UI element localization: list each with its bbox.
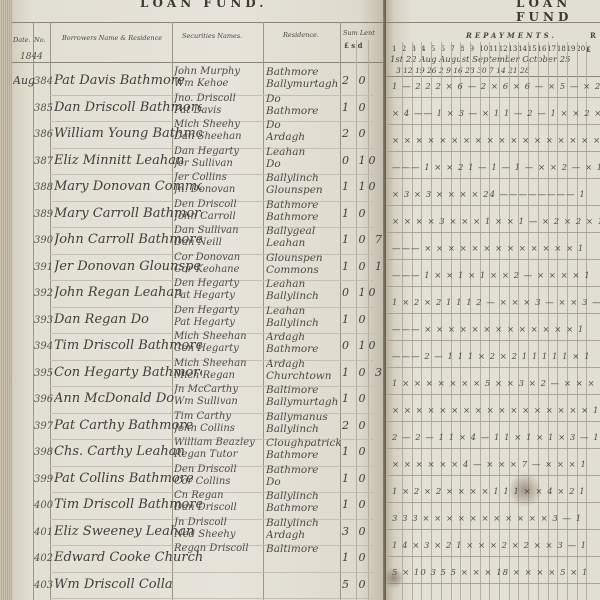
repayment-row-rule <box>386 529 600 530</box>
security-name: Mich Sheehan <box>174 358 264 370</box>
header-rule-bottom-right <box>386 76 600 77</box>
header-borrower: Borrowers Name & Residence <box>62 34 162 42</box>
sum-lent: 1 0 <box>342 445 369 458</box>
page-edge <box>0 0 12 600</box>
security-name: Mich Sheehy <box>174 119 264 131</box>
week-number: 11 <box>489 45 498 53</box>
loan-number: 388 <box>34 182 53 193</box>
security-name: Pat Hegarty <box>174 317 264 329</box>
repayment-row-rule <box>386 259 600 260</box>
security-name: John Collins <box>174 423 264 435</box>
security-name: Cor Collins <box>174 476 264 488</box>
security-name: Mich Sheehan <box>174 331 264 343</box>
security-residence: Do <box>266 93 342 105</box>
loan-number: 386 <box>34 129 53 140</box>
repayment-row-rule <box>386 151 600 152</box>
security-residence: Ballymurtagh <box>266 78 342 90</box>
page-title-right: LOAN FUND <box>516 0 600 24</box>
header-rule-top <box>12 22 384 23</box>
sum-lent: 1 0 3 <box>342 366 385 379</box>
loan-number: 398 <box>34 447 53 458</box>
security-residence: Leahan <box>266 278 342 290</box>
sum-lent: 3 0 <box>342 525 369 538</box>
security-name: Con Hegarty <box>174 343 264 355</box>
loan-number: 399 <box>34 474 53 485</box>
week-number: 20 <box>576 45 585 53</box>
sum-lent: 1 0 <box>342 313 369 326</box>
security-name: Dan Neill <box>174 237 264 249</box>
repayment-row-rule <box>386 286 600 287</box>
security-name: Dan Sheehan <box>174 131 264 143</box>
security-residence: Leahan <box>266 237 342 249</box>
security-name: John Murphy <box>174 66 264 78</box>
security-name: Cor Donovan <box>174 252 264 264</box>
security-name: Jer Collins <box>174 172 264 184</box>
sum-lent: 2 0 <box>342 419 369 432</box>
week-number: 12 <box>499 45 508 53</box>
borrower-name: Wm Driscoll Colla <box>54 577 202 592</box>
security-residence: Bathmore <box>266 449 342 461</box>
security-name: Regan Tutor <box>174 449 264 461</box>
week-number: 17 <box>547 45 556 53</box>
security-residence: Ballylinch <box>266 490 342 502</box>
sum-lent: 1 0 7 <box>342 233 385 246</box>
repayment-row-rule <box>386 232 600 233</box>
security-residence: Churchtown <box>266 370 342 382</box>
security-residence: Ballylinch <box>266 517 342 529</box>
security-residence: Ardagh <box>266 131 342 143</box>
security-name: Dan Driscoll <box>174 502 264 514</box>
security-residence: Bathmore <box>266 199 342 211</box>
week-number: 10 <box>479 45 488 53</box>
sum-lent: 1 0 <box>342 101 369 114</box>
security-name: Mich Regan <box>174 370 264 382</box>
security-name: Jn. Donovan <box>174 184 264 196</box>
security-name: Den Driscoll <box>174 199 264 211</box>
ledger-book: LOAN FUND. Date. No. Borrowers Name & Re… <box>0 0 600 600</box>
security-residence: Ballymanus <box>266 411 342 423</box>
row-rule <box>50 572 384 573</box>
security-name: Pat Davis <box>174 105 264 117</box>
repayment-row-rule <box>386 178 600 179</box>
security-residence: Glounspen <box>266 184 342 196</box>
loan-number: 387 <box>34 156 53 167</box>
repayment-row-rule <box>386 448 600 449</box>
security-name: Den Driscoll <box>174 464 264 476</box>
repayment-row-rule <box>386 340 600 341</box>
security-residence: Baltimore <box>266 384 342 396</box>
security-residence: Ardagh <box>266 331 342 343</box>
header-sum-lent: Sum Lent <box>343 29 375 37</box>
ink-stain <box>386 565 402 591</box>
security-residence: Ballylinch <box>266 290 342 302</box>
left-page: LOAN FUND. Date. No. Borrowers Name & Re… <box>0 0 386 600</box>
security-name: Jer Sullivan <box>174 158 264 170</box>
security-name: Regan Driscoll <box>174 543 264 555</box>
sum-lent: 2 0 <box>342 74 369 87</box>
security-name: Tim Carthy <box>174 411 264 423</box>
security-residence: Ballylinch <box>266 423 342 435</box>
security-residence: Leahan <box>266 305 342 317</box>
security-residence: Ballylinch <box>266 317 342 329</box>
security-name: Cor Keohane <box>174 264 264 276</box>
week-number: 19 <box>567 45 576 53</box>
security-residence: Do <box>266 158 342 170</box>
repayment-row-rule <box>386 97 600 98</box>
loan-number: 393 <box>34 315 53 326</box>
repayment-row-rule <box>386 583 600 584</box>
security-residence: Glounspen <box>266 252 342 264</box>
sum-lent: 1 0 1 <box>342 260 385 273</box>
sum-lent: 5 0 <box>342 578 369 591</box>
sum-lent: 1 0 <box>342 392 369 405</box>
security-residence: Bathmore <box>266 502 342 514</box>
security-residence: Ballylinch <box>266 172 342 184</box>
loan-number: 384 <box>34 76 53 87</box>
sum-lent: 1 10 <box>342 180 379 193</box>
security-residence: Bathmore <box>266 105 342 117</box>
week-number: 18 <box>557 45 566 53</box>
loan-number: 392 <box>34 288 53 299</box>
security-residence: Ballymurtagh <box>266 396 342 408</box>
security-residence: Bathmore <box>266 464 342 476</box>
repayment-row-rule <box>386 421 600 422</box>
header-rule-top-right <box>386 22 600 23</box>
repayment-row-rule <box>386 367 600 368</box>
repayment-row-rule <box>386 475 600 476</box>
security-name: Jno. Driscoll <box>174 93 264 105</box>
sum-lent: 1 0 <box>342 498 369 511</box>
year: 1844 <box>20 52 43 62</box>
loan-number: 394 <box>34 341 53 352</box>
sum-lent: 0 10 2 <box>342 154 386 167</box>
security-residence: Do <box>266 476 342 488</box>
sum-lent: 0 10 3 <box>342 286 386 299</box>
ink-stain <box>510 470 540 510</box>
security-residence: Bathmore <box>266 211 342 223</box>
week-number: 13 <box>508 45 517 53</box>
repayment-row-rule <box>386 313 600 314</box>
security-name: Jn McCarthy <box>174 384 264 396</box>
security-residence: Commons <box>266 264 342 276</box>
repayments-heading: REPAYMENTS. <box>466 31 557 40</box>
sum-lent: 1 0 <box>342 207 369 220</box>
repayment-row-rule <box>386 394 600 395</box>
header-securities: Securities Names. <box>182 32 242 40</box>
security-name: John Carroll <box>174 211 264 223</box>
header-date: Date. <box>13 36 31 44</box>
security-name: Wm Kehoe <box>174 78 264 90</box>
loan-number: 397 <box>34 421 53 432</box>
loan-number: 395 <box>34 368 53 379</box>
security-name: Den Hegarty <box>174 305 264 317</box>
security-name: Jn Driscoll <box>174 517 264 529</box>
loan-number: 389 <box>34 209 53 220</box>
right-page: LOAN FUND REPAYMENTS. R 1234567891011121… <box>386 0 600 600</box>
repayment-row-rule <box>386 502 600 503</box>
loan-number: 401 <box>34 527 53 538</box>
security-name: Ned Sheehy <box>174 529 264 541</box>
security-name: Pat Hegarty <box>174 290 264 302</box>
security-residence: Bathmore <box>266 66 342 78</box>
security-residence: Do <box>266 119 342 131</box>
week-number: 15 <box>528 45 537 53</box>
loan-number: 396 <box>34 394 53 405</box>
security-residence: Cloughpatrick <box>266 437 342 449</box>
security-name: Wm Sullivan <box>174 396 264 408</box>
header-residence: Residence. <box>283 31 319 39</box>
security-residence: Leahan <box>266 146 342 158</box>
table-row: 402Edward Cooke ChurchtownRegan Driscoll… <box>12 547 384 573</box>
sum-lent: 1 0 <box>342 551 369 564</box>
repayment-row-rule <box>386 205 600 206</box>
security-name: William Beazley <box>174 437 264 449</box>
security-residence: Ardagh <box>266 358 342 370</box>
security-residence: Bathmore <box>266 343 342 355</box>
security-residence: Baltimore <box>266 543 342 555</box>
loan-number: 391 <box>34 262 53 273</box>
loan-number: 402 <box>34 553 53 564</box>
sum-lent: 2 0 <box>342 127 369 140</box>
sum-lent: 0 10 3 <box>342 339 386 352</box>
table-row: 403Wm Driscoll Colla5 0 <box>12 574 384 600</box>
security-name: Cn Regan <box>174 490 264 502</box>
header-rule-bottom <box>12 62 384 63</box>
sum-lent: 1 0 <box>342 472 369 485</box>
security-residence: Ardagh <box>266 529 342 541</box>
week-number: 16 <box>538 45 547 53</box>
row-rule <box>50 598 384 599</box>
security-name: Dan Hegarty <box>174 146 264 158</box>
page-title: LOAN FUND. <box>140 0 267 10</box>
security-residence: Ballygeal <box>266 225 342 237</box>
week-number: 14 <box>518 45 527 53</box>
week-number: 1 <box>392 45 396 53</box>
loan-number: 403 <box>34 580 53 591</box>
repayment-row-rule <box>386 556 600 557</box>
loan-number: 385 <box>34 103 53 114</box>
repayment-row-rule <box>386 124 600 125</box>
security-name: Den Hegarty <box>174 278 264 290</box>
header-no: No. <box>34 36 46 44</box>
next-section-heading: R <box>590 31 596 40</box>
loan-number: 390 <box>34 235 53 246</box>
security-name: Dan Sullivan <box>174 225 264 237</box>
header-currency: £ s d <box>344 41 363 50</box>
loan-number: 400 <box>34 500 53 511</box>
